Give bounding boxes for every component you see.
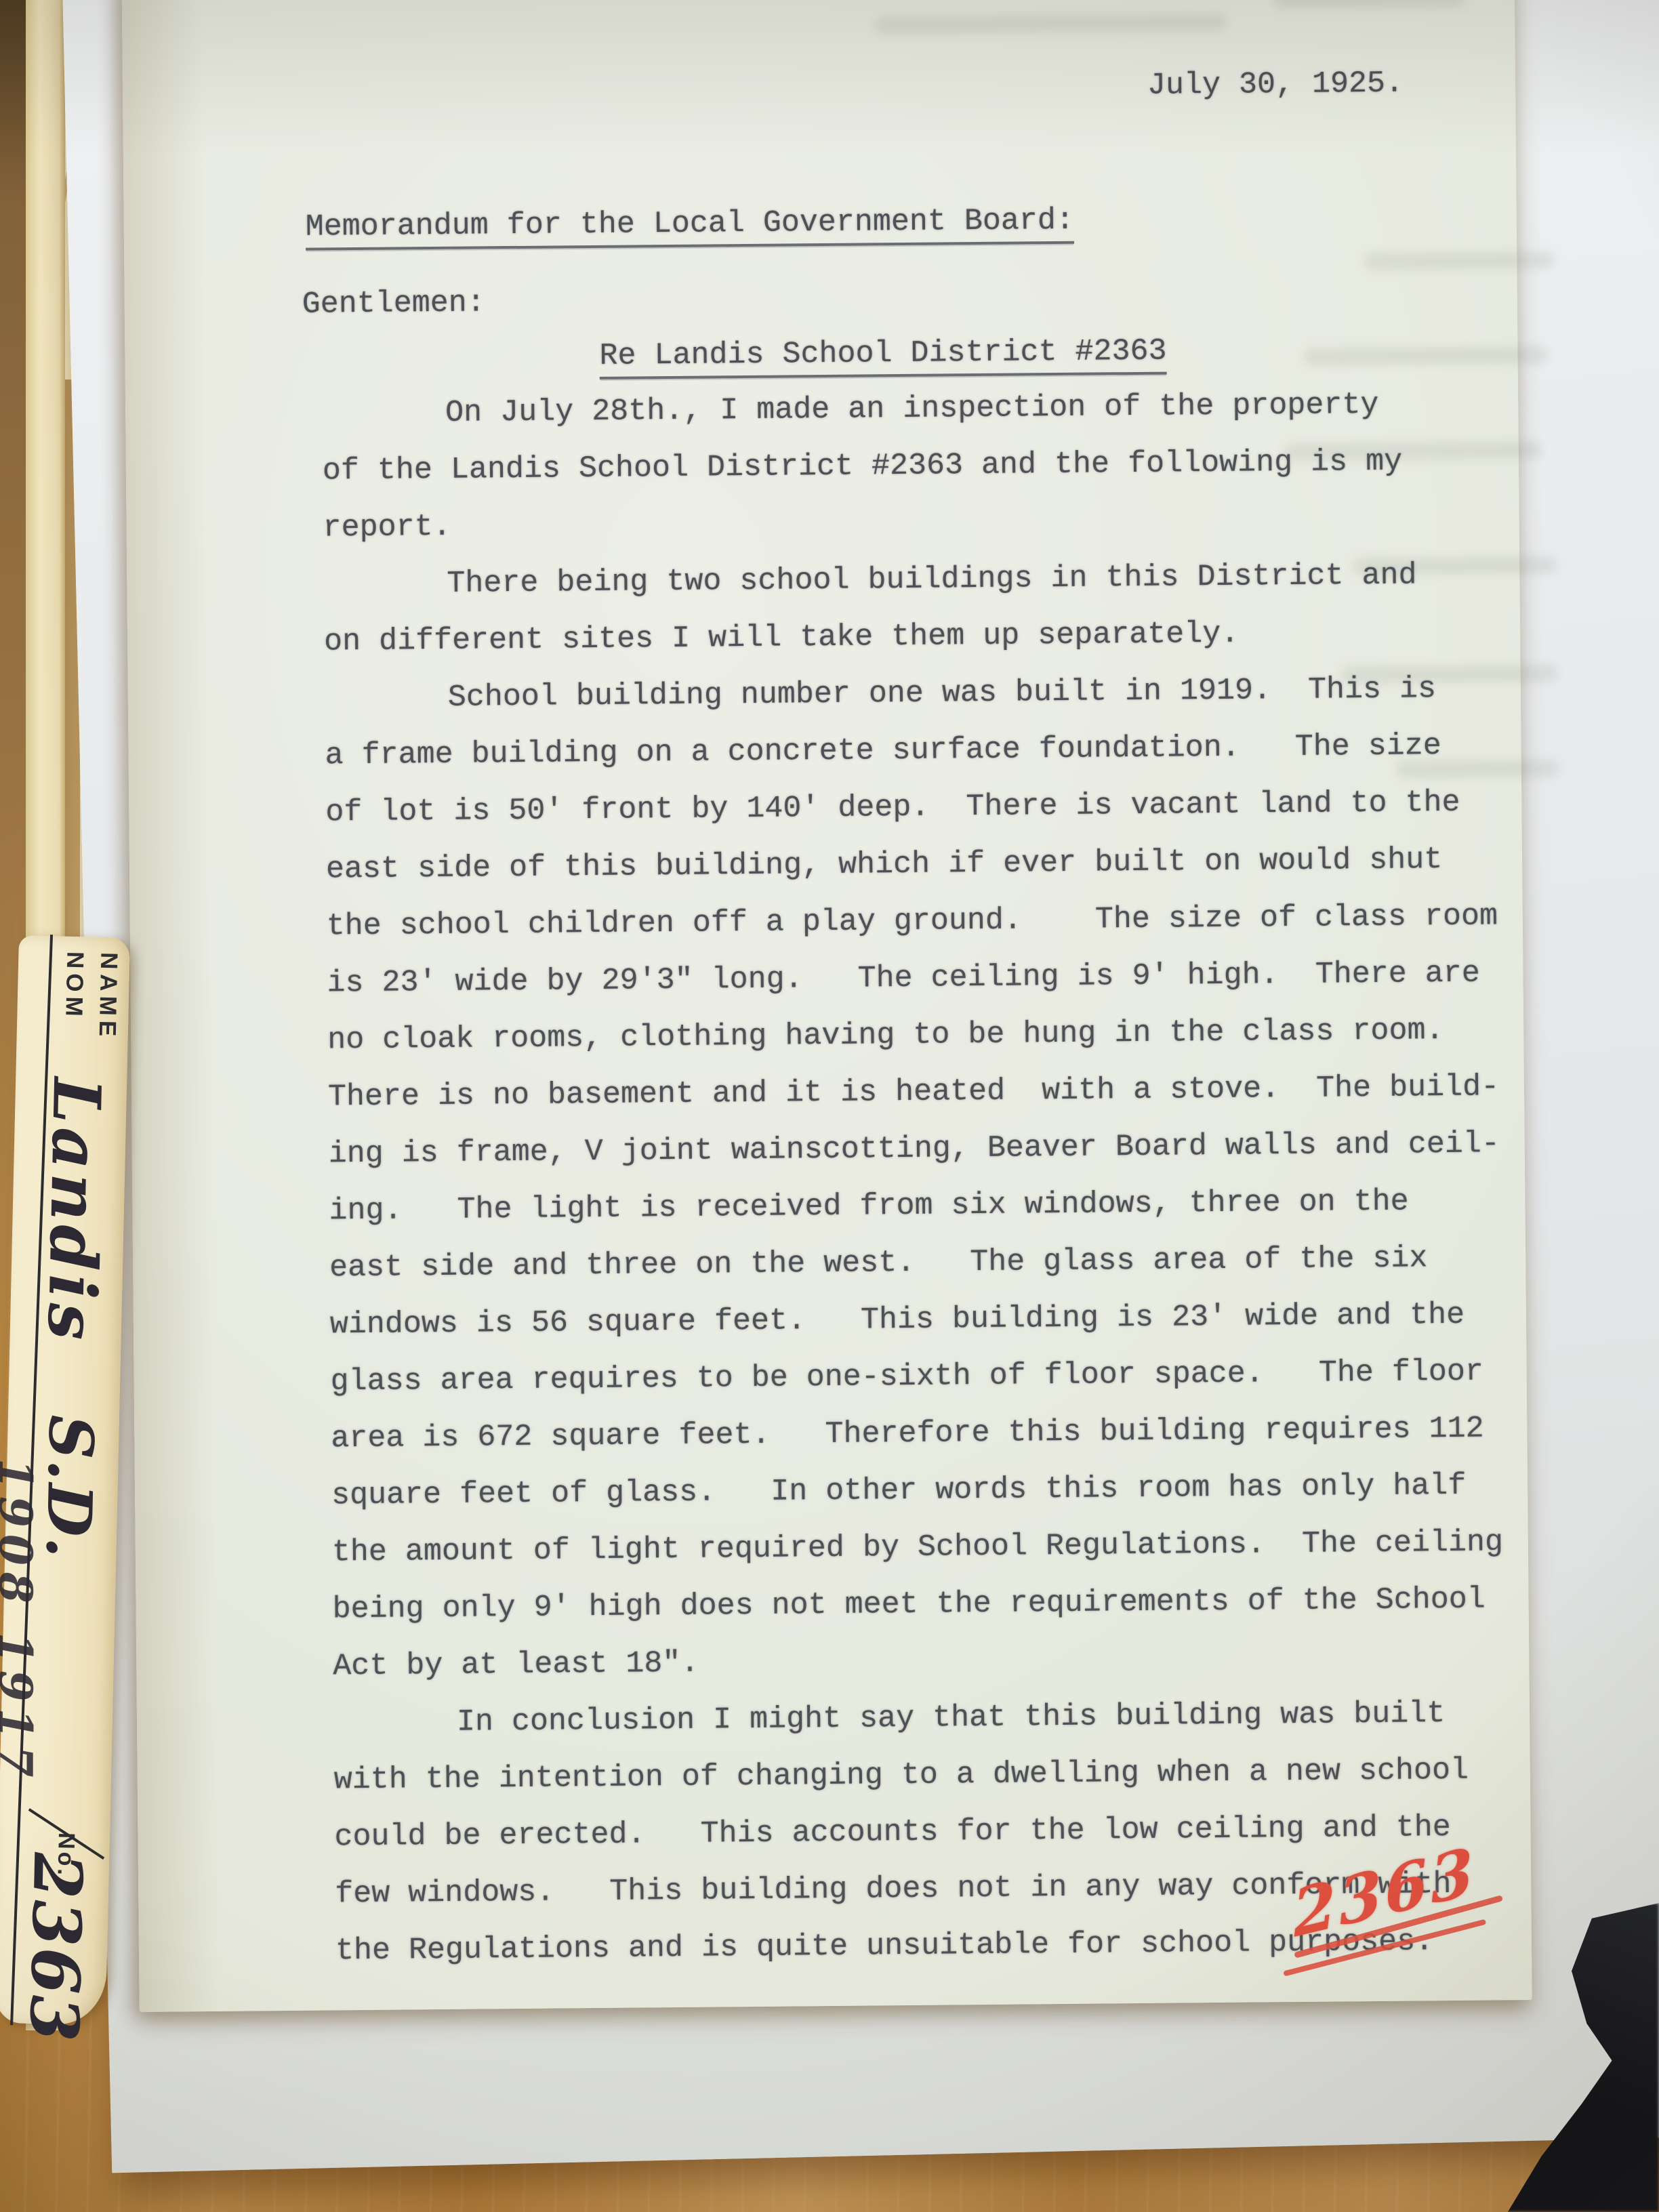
memo-line: square feet of glass. In other words thi… [331,1468,1515,1535]
memo-line: being only 9' high does not meet the req… [332,1582,1515,1649]
date-line: July 30, 1925. [1147,66,1404,103]
memo-line: In conclusion I might say that this buil… [333,1696,1517,1763]
memo-line: of lot is 50' front by 140' deep. There … [325,785,1509,852]
photo-canvas: July 30, 1925. Memorandum for the Local … [0,0,1659,2212]
memo-line: windows is 56 square feet. This building… [330,1297,1513,1364]
tab-name-label: NAME [90,952,126,1042]
memo-line: no cloak rooms, clothing having to be hu… [327,1012,1511,1080]
tab-no-value: 2363 [14,1851,96,2043]
memo-line: on different sites I will take them up s… [324,614,1507,681]
memo-line: the school children off a play ground. T… [327,899,1510,966]
memo-line: east side of this building, which if eve… [326,842,1509,909]
memo-page: July 30, 1925. Memorandum for the Local … [122,0,1532,2012]
memo-line: On July 28th., I made an inspection of t… [322,386,1505,453]
memo-body: On July 28th., I made an inspection of t… [322,386,1518,1990]
tab-nom-label: NOM [56,951,92,1040]
memo-line: There being two school buildings in this… [323,557,1507,624]
memo-line: the amount of light required by School R… [332,1525,1515,1592]
memo-line: glass area requires to be one-sixth of f… [330,1354,1513,1421]
memo-line: a frame building on a concrete surface f… [325,728,1508,795]
memo-heading-text: Memorandum for the Local Government Boar… [306,203,1075,251]
memo-line: ing. The light is received from six wind… [329,1183,1512,1250]
memo-line: School building number one was built in … [325,671,1508,738]
memo-line: with the intention of changing to a dwel… [334,1753,1517,1820]
typed-text-layer: July 30, 1925. Memorandum for the Local … [122,0,1532,2012]
subject-line: Re Landis School District #2363 [599,334,1167,373]
memo-line: Act by at least 18". [333,1639,1516,1706]
subject-line-text: Re Landis School District #2363 [599,334,1167,380]
tab-name-value: Landis [33,1077,115,1345]
memo-line: There is no basement and it is heated wi… [328,1069,1511,1136]
tab-years-note: 1908 1917 [0,1458,42,1784]
memo-line: report. [323,500,1506,567]
memo-line: ing is frame, V joint wainscotting, Beav… [329,1126,1512,1193]
memo-line: east side and three on the west. The gla… [329,1240,1513,1307]
memo-heading: Memorandum for the Local Government Boar… [306,203,1075,245]
tab-printed-labels: NAME NOM [56,951,126,1041]
memo-line: is 23' wide by 29'3" long. The ceiling i… [327,956,1510,1023]
memo-line: of the Landis School District #2363 and … [323,443,1506,510]
tab-sd-value: S.D. [32,1414,107,1562]
memo-line: area is 672 square feet. Therefore this … [331,1411,1514,1478]
salutation: Gentlemen: [302,285,485,321]
